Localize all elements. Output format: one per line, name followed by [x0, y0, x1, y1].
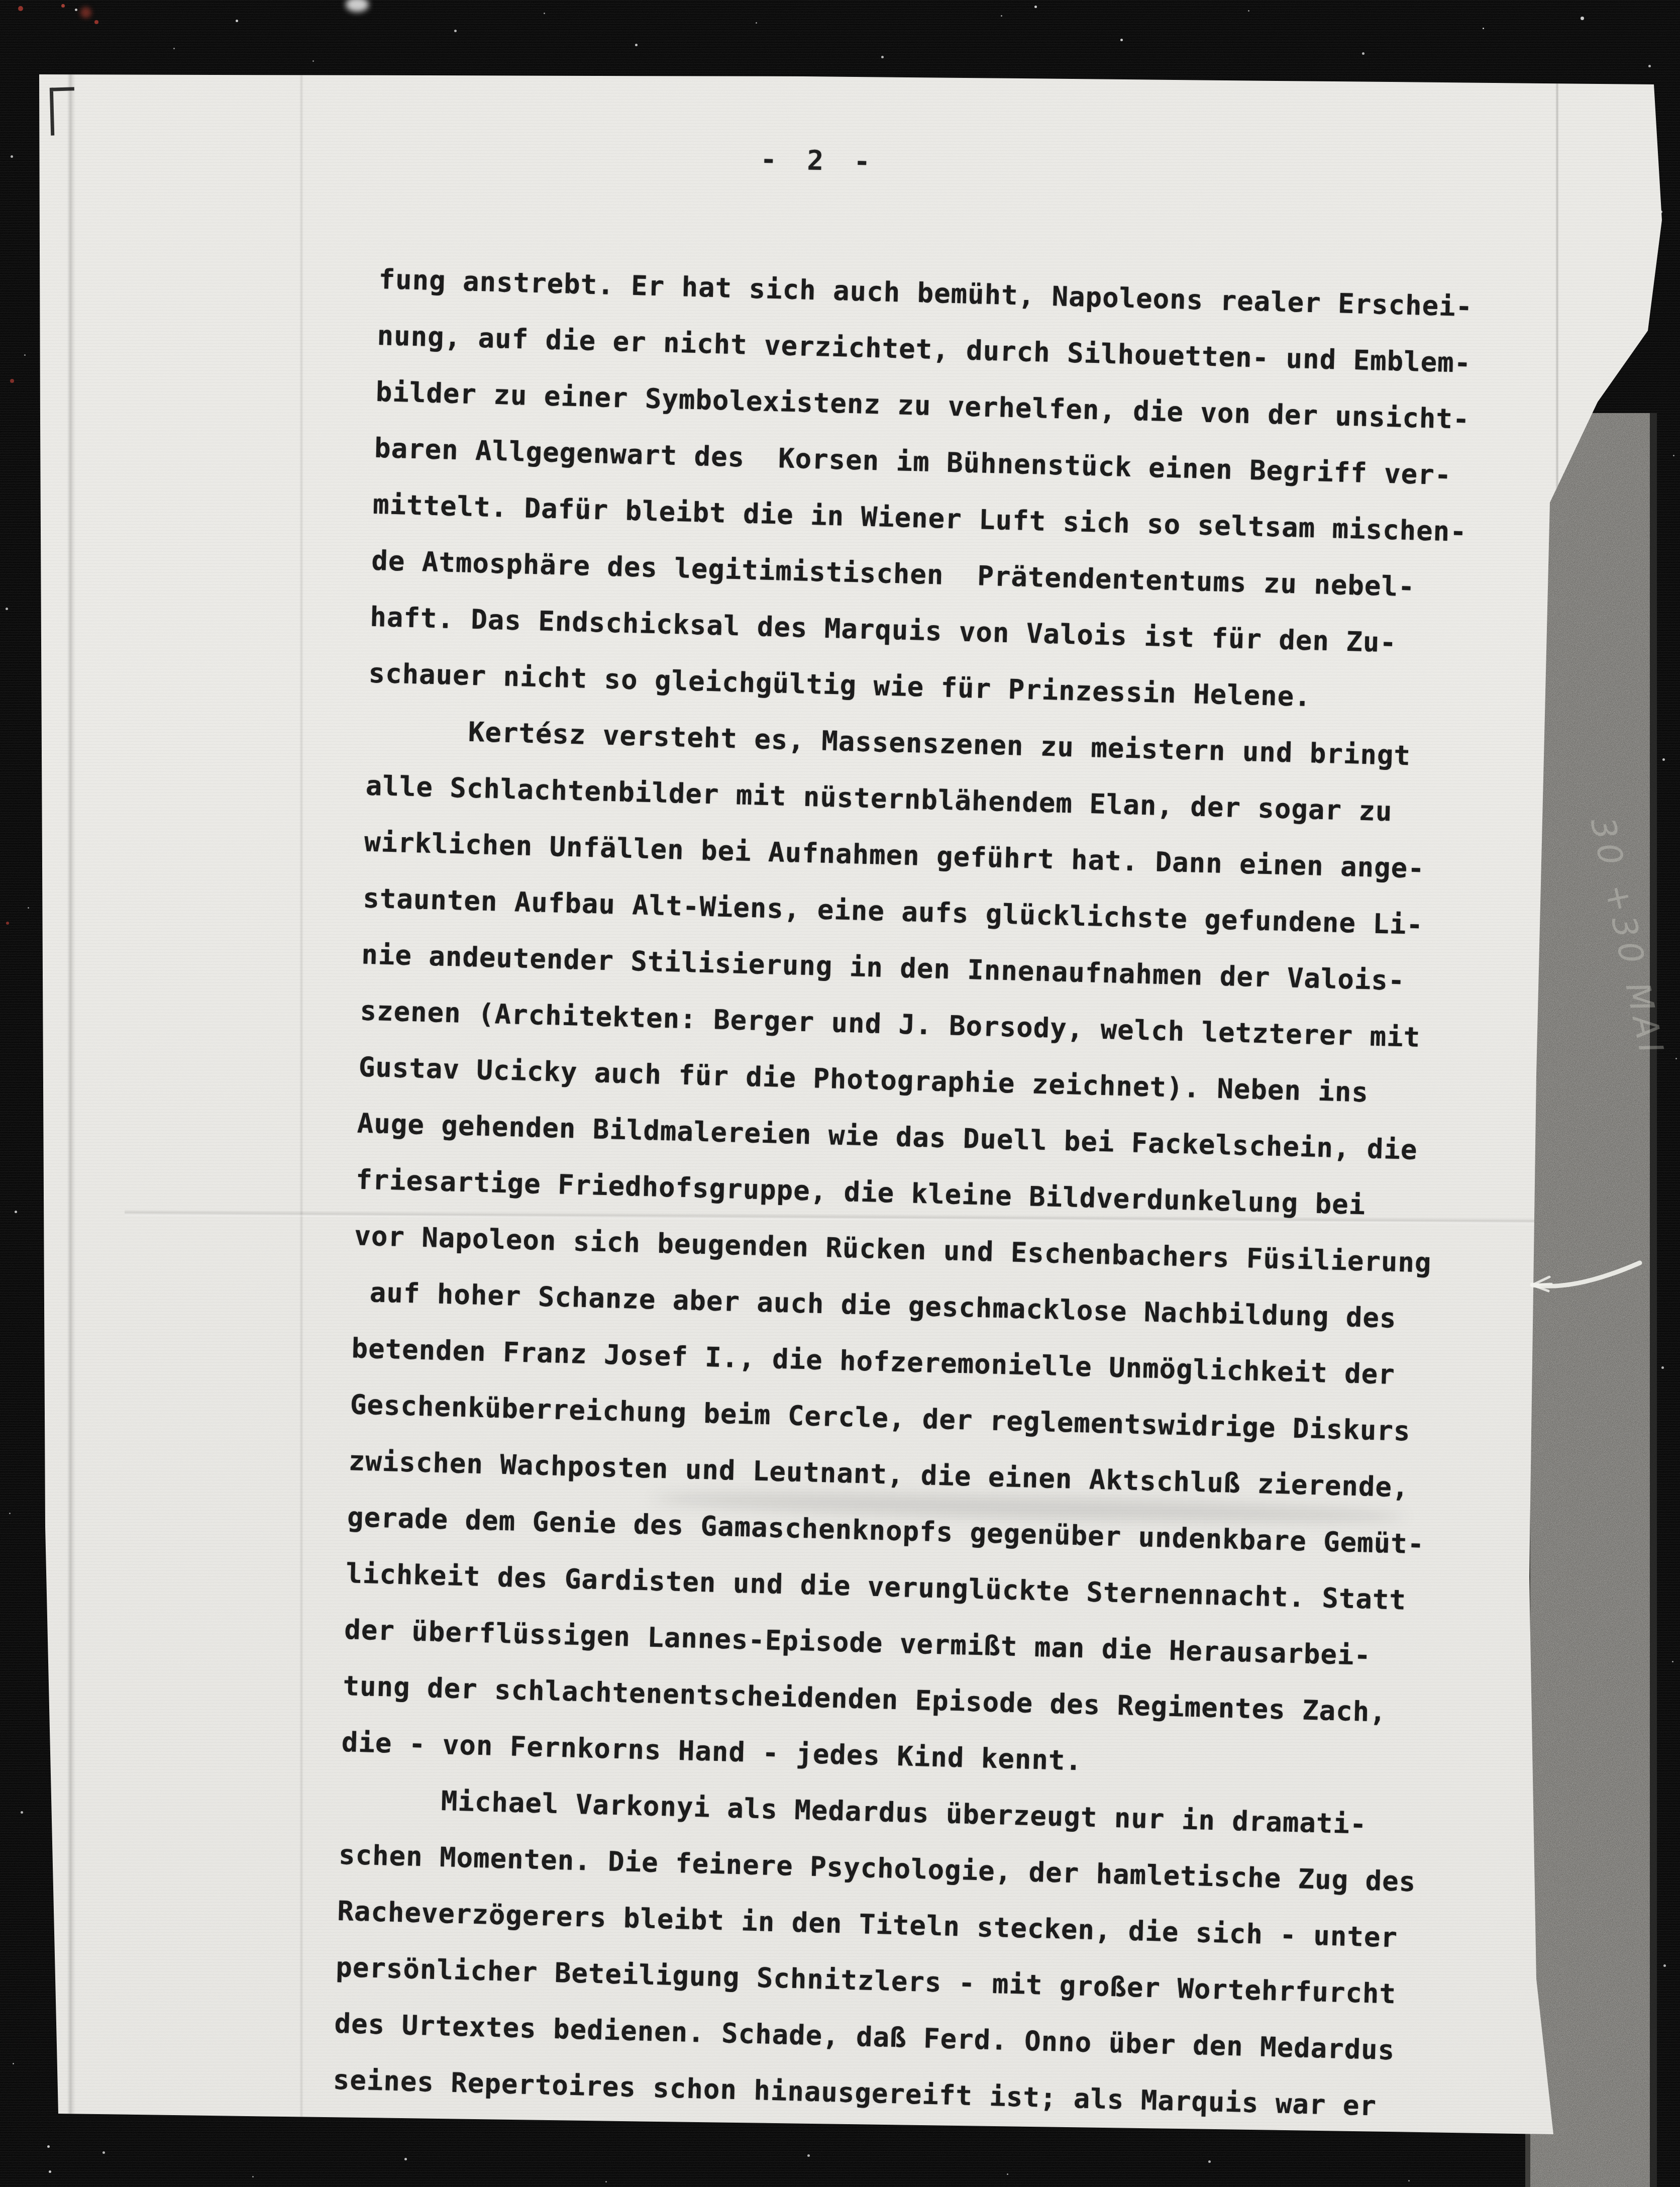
document-page: - 2 - fung anstrebt. Er hat sich auch be… [34, 69, 1664, 2138]
scan-light-blob [346, 0, 369, 12]
page-number: - 2 - [728, 143, 909, 178]
dust-speckles [0, 0, 2, 2]
red-dust-speck [6, 922, 9, 925]
fold-crease [67, 69, 75, 2138]
typewritten-text-block: fung anstrebt. Er hat sich auch bemüht, … [332, 251, 1585, 2139]
red-dust-speck [18, 6, 23, 11]
fold-crease [299, 69, 303, 2138]
red-dust-smudge [80, 7, 91, 18]
white-scratch-mark [1528, 1254, 1644, 1299]
pencil-corner-bracket [50, 87, 75, 135]
red-dust-speck [10, 379, 14, 383]
scanned-document-frame: 30 +30 MAI - 2 - fung anstrebt. Er hat s… [0, 0, 1680, 2187]
red-dust-speck [94, 20, 98, 24]
red-dust-speck [61, 4, 65, 8]
